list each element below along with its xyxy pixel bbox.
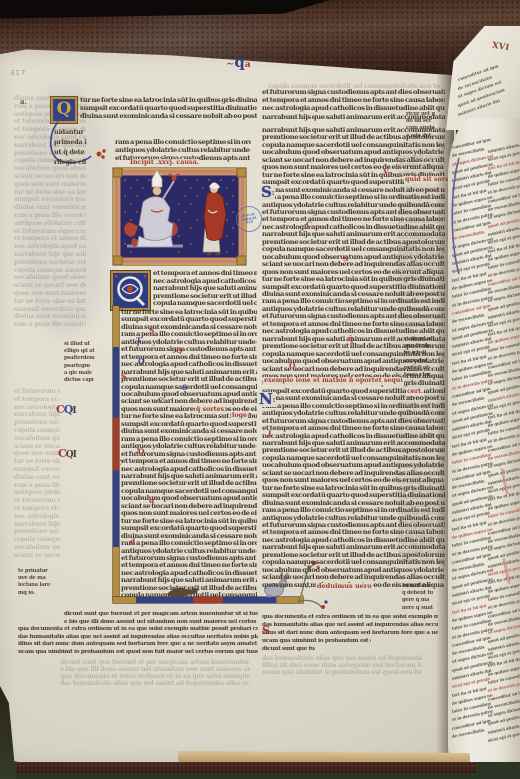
rubric-accent: Q [176, 347, 183, 355]
miniature-panel [113, 168, 246, 265]
margin-gloss-top-left: uidanturprimeda īut q̄ deterilegia cū [54, 127, 110, 167]
rubric-accent: C [158, 397, 164, 405]
rubric-accent: q̄ [348, 335, 353, 343]
initial-n-right-column: N: [258, 392, 276, 407]
show-through-bottom-mid: das humanitatis alias que uel assint ad … [262, 655, 422, 676]
border-bar-vertical [113, 306, 119, 600]
frame-corner-gold [113, 168, 122, 177]
left-column-beside-initial: et tempora et annos dni timeo ne forte s… [153, 270, 257, 308]
running-title-mark: ∼qa [226, 52, 251, 71]
quaestio-2-letter: Q [66, 450, 73, 460]
show-through-left-low: et futurorum signa custodienus apts ant … [14, 388, 60, 560]
curled-corner-text: conceditur ad ipmde reconciliatisut supr… [458, 78, 510, 121]
book-edge-maroon [8, 762, 476, 773]
right-column-top-lines: et futurorum signa custodienus apts ant … [262, 88, 445, 121]
quaestio-mark-2: CQI [58, 448, 76, 461]
bottom-commentary-right: qua documenta et extra ordinem ut in ea … [262, 614, 438, 654]
rubric-accent: I [268, 430, 272, 438]
bottom-commentary-left: dicunt sunt que fuerunt et per magicam a… [18, 611, 258, 657]
rubric-accent: deduimus uero [316, 583, 373, 591]
rubric-accent: Q [289, 362, 296, 370]
pencil-folio-number: 317 [10, 69, 26, 77]
quaestio-mark-1: CQI [56, 404, 76, 417]
right-column-text: narrabunt hijs que saluti animarum erit … [262, 127, 445, 589]
rubric-accent: S [149, 327, 154, 335]
rubric-accent: q [149, 497, 154, 505]
margin-letter-a: a. [20, 97, 27, 106]
rubric-accent: S [121, 373, 126, 381]
rubric-accent: cert. [406, 388, 424, 396]
initial-s-right-column: S: [260, 185, 275, 200]
opening-lines: tur ne forte sine ea latrocinia sūt in q… [80, 96, 257, 121]
quaestio-2-paraph: C [58, 447, 66, 460]
rubric-accent: d [130, 538, 135, 546]
manuscript-photograph: diuina sunt exominicanda si cessare nolu… [0, 0, 520, 779]
quaestio-1-numeral: I [72, 406, 75, 416]
quaestio-1-paraph: C [56, 403, 64, 416]
rubric-accent: loge [231, 412, 248, 420]
rubric-accent: q̄ sortes [195, 406, 225, 414]
rubric-accent: Q [138, 448, 145, 456]
rubric-accent: T [136, 337, 142, 345]
running-mark-letter: q [234, 53, 245, 71]
rubric-incipit: Incipit .xxvj. causa. [130, 159, 199, 165]
rubric-accent: S [262, 627, 270, 635]
rubric-accent: S [343, 255, 348, 263]
rubric-accent: exemplo ione et mathie n̄ oportet sequi [263, 377, 404, 385]
quaestio-2-numeral: I [73, 450, 76, 460]
rubric-accent: C [306, 221, 312, 229]
rubric-accent: ∴ [306, 583, 310, 591]
weasel-figure [165, 583, 201, 598]
rubric-accent: Q [138, 358, 145, 366]
curled-page-flourish [448, 156, 462, 296]
show-through-bottom-left: dicunt sunt que fuerunt et per magicam a… [60, 659, 250, 687]
rubric-accent: S [182, 384, 187, 392]
rubric-accent: C [116, 459, 122, 467]
margin-gloss-left-mid: si illud utelligo qd atpsalterdempsarteg… [64, 341, 108, 384]
illuminated-initial-q-main [111, 271, 150, 310]
running-mark-flourish: a [245, 60, 251, 70]
curled-text-column-b: ministri altaris dnisicut epi et presbit… [488, 150, 520, 747]
margin-gloss-left-low: te priuaturuve de malectana laremq io. [18, 568, 66, 597]
rubric-accent: V [383, 168, 389, 176]
